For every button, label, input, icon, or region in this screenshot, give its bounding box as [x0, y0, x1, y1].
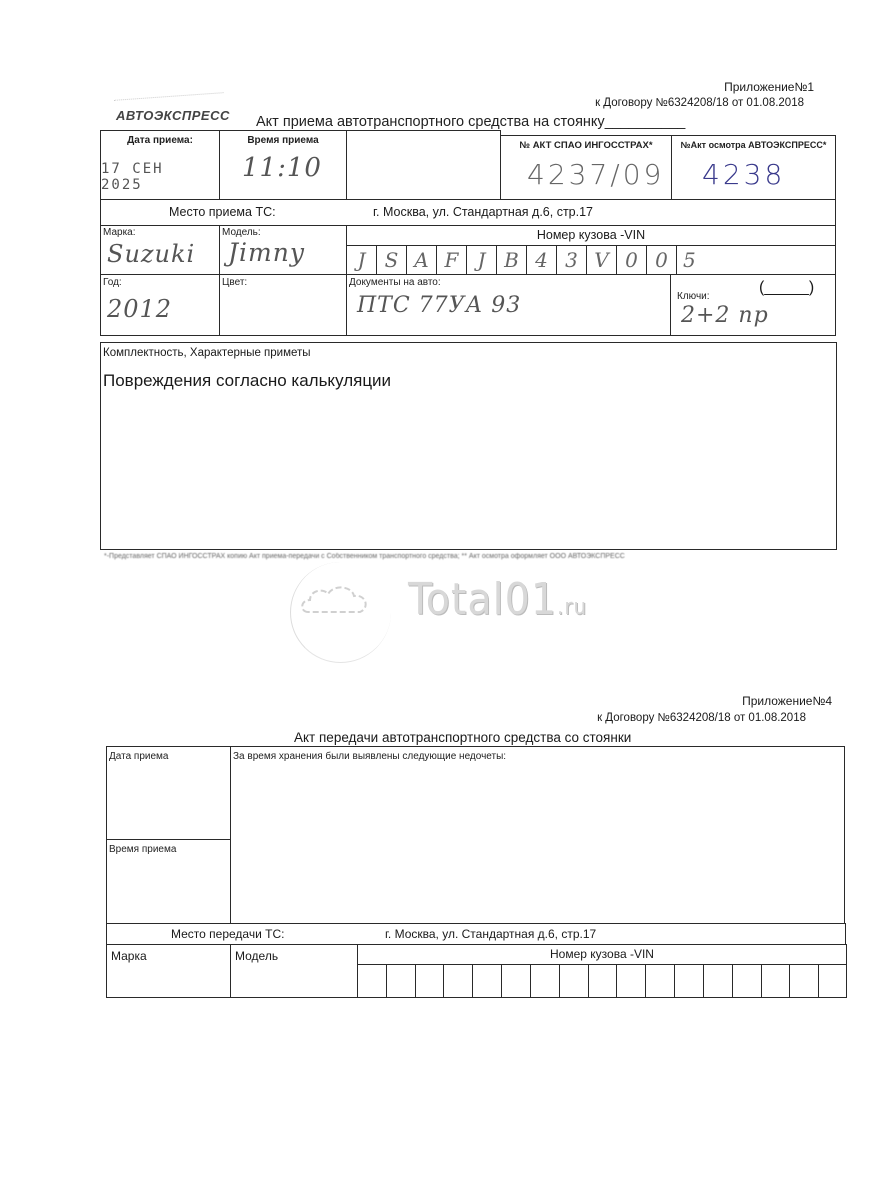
transfer-vin-char-cell	[675, 965, 704, 997]
transfer-vin-char-cell	[704, 965, 733, 997]
keys-cell: Ключи: (_____) 2+2 пр	[670, 274, 836, 336]
documents-label: Документы на авто:	[349, 277, 441, 288]
defects-cell: За время хранения были выявлены следующи…	[230, 746, 845, 924]
vin-char-cell: 5	[677, 246, 835, 274]
ingosstrakh-act-value: 4237/09	[527, 158, 664, 191]
transfer-vin-label: Номер кузова -VIN	[358, 947, 846, 961]
vin-char-cell: 3	[557, 246, 587, 274]
vin-char: J	[477, 248, 485, 272]
vin-char-cell: V	[587, 246, 617, 274]
act-1-title: Акт приема автотранспортного средства на…	[256, 114, 685, 130]
transfer-date-label: Дата приема	[109, 751, 168, 762]
brand-label: Марка:	[103, 227, 136, 238]
vin-char: B	[504, 248, 519, 272]
vin-char-cell: J	[347, 246, 377, 274]
transfer-vin-char-cell	[416, 965, 445, 997]
vin-char: 4	[535, 248, 548, 272]
vin-char: 0	[625, 248, 638, 272]
vin-char: 0	[655, 248, 668, 272]
footnote: *-Представляет СПАО ИНГОССТРАХ копию Акт…	[104, 553, 704, 560]
vin-character-grid: JSAFJB43V005	[347, 245, 835, 274]
place-label: Место приема ТС:	[169, 205, 276, 219]
features-label: Комплектность, Характерные приметы	[103, 347, 311, 359]
documents-value: ПТС 77УА 93	[357, 293, 521, 318]
vin-char-cell: 0	[617, 246, 647, 274]
ingosstrakh-act-label: № АКТ СПАО ИНГОССТРАХ*	[501, 140, 671, 151]
color-cell: Цвет:	[219, 274, 347, 336]
time-cell: Время приема 11:10	[219, 130, 347, 200]
watermark-brand: Total01	[408, 574, 557, 625]
vin-char: F	[445, 248, 459, 272]
act-4-title: Акт передачи автотранспортного средства …	[294, 730, 631, 745]
brand-value: Suzuki	[107, 240, 195, 268]
time-label: Время приема	[220, 135, 346, 146]
vin-char: 5	[683, 248, 696, 272]
contract-reference-4: к Договору №6324208/18 от 01.08.2018	[560, 712, 806, 724]
vin-char: 3	[565, 248, 578, 272]
transfer-model-label: Модель	[235, 949, 278, 963]
year-cell: Год: 2012	[100, 274, 220, 336]
transfer-vin-char-cell	[502, 965, 531, 997]
transfer-place-value: г. Москва, ул. Стандартная д.6, стр.17	[385, 927, 596, 941]
defects-label: За время хранения были выявлены следующи…	[233, 751, 506, 762]
watermark-text: Total01.ru	[408, 574, 587, 625]
autoexpress-act-label: №Акт осмотра АВТОЭКСПРЕСС*	[672, 140, 835, 150]
time-value: 11:10	[242, 153, 322, 183]
place-row: Место приема ТС: г. Москва, ул. Стандарт…	[100, 199, 836, 226]
appendix-1-label: Приложение№1	[600, 80, 814, 94]
vin-char-cell: F	[437, 246, 467, 274]
documents-cell: Документы на авто: ПТС 77УА 93	[346, 274, 671, 336]
transfer-brand-label: Марка	[111, 949, 147, 963]
features-value: Повреждения согласно калькуляции	[103, 371, 391, 391]
vin-char-cell: J	[467, 246, 497, 274]
vin-char-cell: 0	[647, 246, 677, 274]
ingosstrakh-act-cell: № АКТ СПАО ИНГОССТРАХ* 4237/09	[500, 135, 672, 200]
vin-label: Номер кузова -VIN	[347, 228, 835, 242]
vin-char: V	[594, 248, 608, 272]
transfer-vin-char-cell	[358, 965, 387, 997]
transfer-vin-char-cell	[790, 965, 819, 997]
watermark-cloud-icon	[300, 582, 380, 622]
blank-cell	[346, 130, 501, 200]
date-label: Дата приема:	[101, 135, 219, 146]
date-stamp-value: 17 СЕН 2025	[101, 161, 215, 193]
transfer-vin-cell: Номер кузова -VIN	[357, 944, 847, 998]
keys-value: 2+2 пр	[681, 303, 769, 328]
transfer-vin-char-cell	[589, 965, 618, 997]
transfer-vin-char-cell	[531, 965, 560, 997]
transfer-time-cell: Время приема	[106, 839, 231, 924]
vin-cell: Номер кузова -VIN JSAFJB43V005	[346, 225, 836, 275]
color-label: Цвет:	[222, 277, 247, 288]
appendix-4-label: Приложение№4	[620, 694, 832, 708]
transfer-vin-char-cell	[733, 965, 762, 997]
transfer-model-cell: Модель	[230, 944, 358, 998]
brand-cell: Марка: Suzuki	[100, 225, 220, 275]
autoexpress-act-cell: №Акт осмотра АВТОЭКСПРЕСС* 4238	[671, 135, 836, 200]
transfer-vin-char-cell	[444, 965, 473, 997]
vin-char-cell: 4	[527, 246, 557, 274]
transfer-vin-char-cell	[617, 965, 646, 997]
vin-char: A	[414, 248, 428, 272]
features-cell: Комплектность, Характерные приметы Повре…	[100, 342, 837, 550]
transfer-vin-char-cell	[819, 965, 848, 997]
autoexpress-logo: АВТОЭКСПРЕСС	[116, 108, 230, 123]
act-1-title-text: Акт приема автотранспортного средства на…	[256, 114, 605, 130]
autoexpress-act-value: 4238	[702, 158, 785, 191]
model-value: Jimny	[228, 238, 305, 267]
vin-char-cell: B	[497, 246, 527, 274]
year-label: Год:	[103, 277, 122, 288]
transfer-vin-char-cell	[387, 965, 416, 997]
vin-char-cell: A	[407, 246, 437, 274]
date-cell: Дата приема: 17 СЕН 2025	[100, 130, 220, 200]
transfer-vin-char-cell	[473, 965, 502, 997]
transfer-brand-cell: Марка	[106, 944, 231, 998]
transfer-vin-grid	[358, 964, 846, 997]
transfer-vin-char-cell	[560, 965, 589, 997]
transfer-place-row: Место передачи ТС: г. Москва, ул. Станда…	[106, 923, 846, 945]
act-1-title-blank: __________	[605, 114, 686, 130]
transfer-date-cell: Дата приема	[106, 746, 231, 840]
model-label: Модель:	[222, 227, 261, 238]
place-value: г. Москва, ул. Стандартная д.6, стр.17	[373, 205, 593, 219]
vin-char: J	[357, 248, 365, 272]
transfer-time-label: Время приема	[109, 844, 176, 855]
contract-reference-1: к Договору №6324208/18 от 01.08.2018	[560, 97, 804, 109]
year-value: 2012	[107, 295, 172, 323]
vin-char: S	[385, 248, 399, 272]
transfer-vin-char-cell	[762, 965, 791, 997]
keys-blank: (_____)	[759, 279, 814, 297]
keys-label: Ключи:	[677, 291, 710, 302]
transfer-place-label: Место передачи ТС:	[171, 927, 284, 941]
vin-char-cell: S	[377, 246, 407, 274]
transfer-vin-char-cell	[646, 965, 675, 997]
watermark-suffix: .ru	[557, 595, 587, 620]
model-cell: Модель: Jimny	[219, 225, 347, 275]
